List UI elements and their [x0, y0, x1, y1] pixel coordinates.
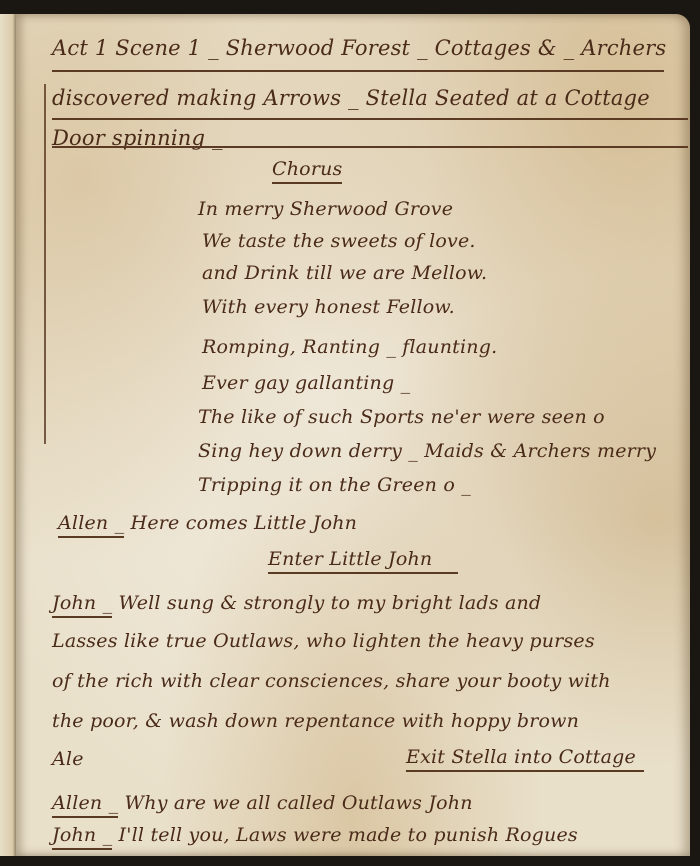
chorus-line: Sing hey down derry _ Maids & Archers me… [198, 440, 656, 462]
chorus-line: Ever gay gallanting _ [202, 372, 410, 394]
speech-text: Well sung & strongly to my bright lads a… [119, 592, 542, 614]
heading-rule-2 [52, 118, 688, 120]
speaker-name: John _ [52, 824, 112, 850]
speech-text: I'll tell you, Laws were made to punish … [119, 824, 578, 846]
speech-line: Ale [52, 748, 84, 770]
margin-rule [44, 84, 46, 444]
speech-text: Here comes Little John [131, 512, 358, 534]
chorus-line: Tripping it on the Green o _ [198, 474, 471, 496]
chorus-line: and Drink till we are Mellow. [202, 262, 487, 284]
stage-direction-enter: Enter Little John [268, 548, 458, 574]
speech-line: Lasses like true Outlaws, who lighten th… [52, 630, 595, 652]
speech-line: the poor, & wash down repentance with ho… [52, 710, 579, 732]
dialogue-allen-1: Allen _ Here comes Little John [58, 512, 357, 534]
heading-line-2: discovered making Arrows _ Stella Seated… [52, 86, 650, 110]
heading-rule-1 [52, 70, 664, 72]
speaker-name: Allen _ [52, 792, 118, 818]
speech-line: of the rich with clear consciences, shar… [52, 670, 611, 692]
chorus-title: Chorus [272, 158, 342, 184]
dialogue-john-2: John _ I'll tell you, Laws were made to … [52, 824, 578, 846]
speaker-name: John _ [52, 592, 112, 618]
dialogue-allen-2: Allen _ Why are we all called Outlaws Jo… [52, 792, 473, 814]
heading-rule-3 [52, 146, 688, 148]
heading-line-1: Act 1 Scene 1 _ Sherwood Forest _ Cottag… [52, 36, 666, 60]
speaker-name: Allen _ [58, 512, 124, 538]
chorus-line: In merry Sherwood Grove [198, 198, 453, 220]
speech-text: Why are we all called Outlaws John [125, 792, 473, 814]
chorus-line: We taste the sweets of love. [202, 230, 476, 252]
chorus-line: Romping, Ranting _ flaunting. [202, 336, 497, 358]
stage-direction-exit: Exit Stella into Cottage [406, 746, 644, 772]
chorus-line: With every honest Fellow. [202, 296, 455, 318]
dialogue-john-1: John _ Well sung & strongly to my bright… [52, 592, 541, 614]
manuscript-page: Act 1 Scene 1 _ Sherwood Forest _ Cottag… [16, 14, 690, 856]
chorus-line: The like of such Sports ne'er were seen … [198, 406, 605, 428]
